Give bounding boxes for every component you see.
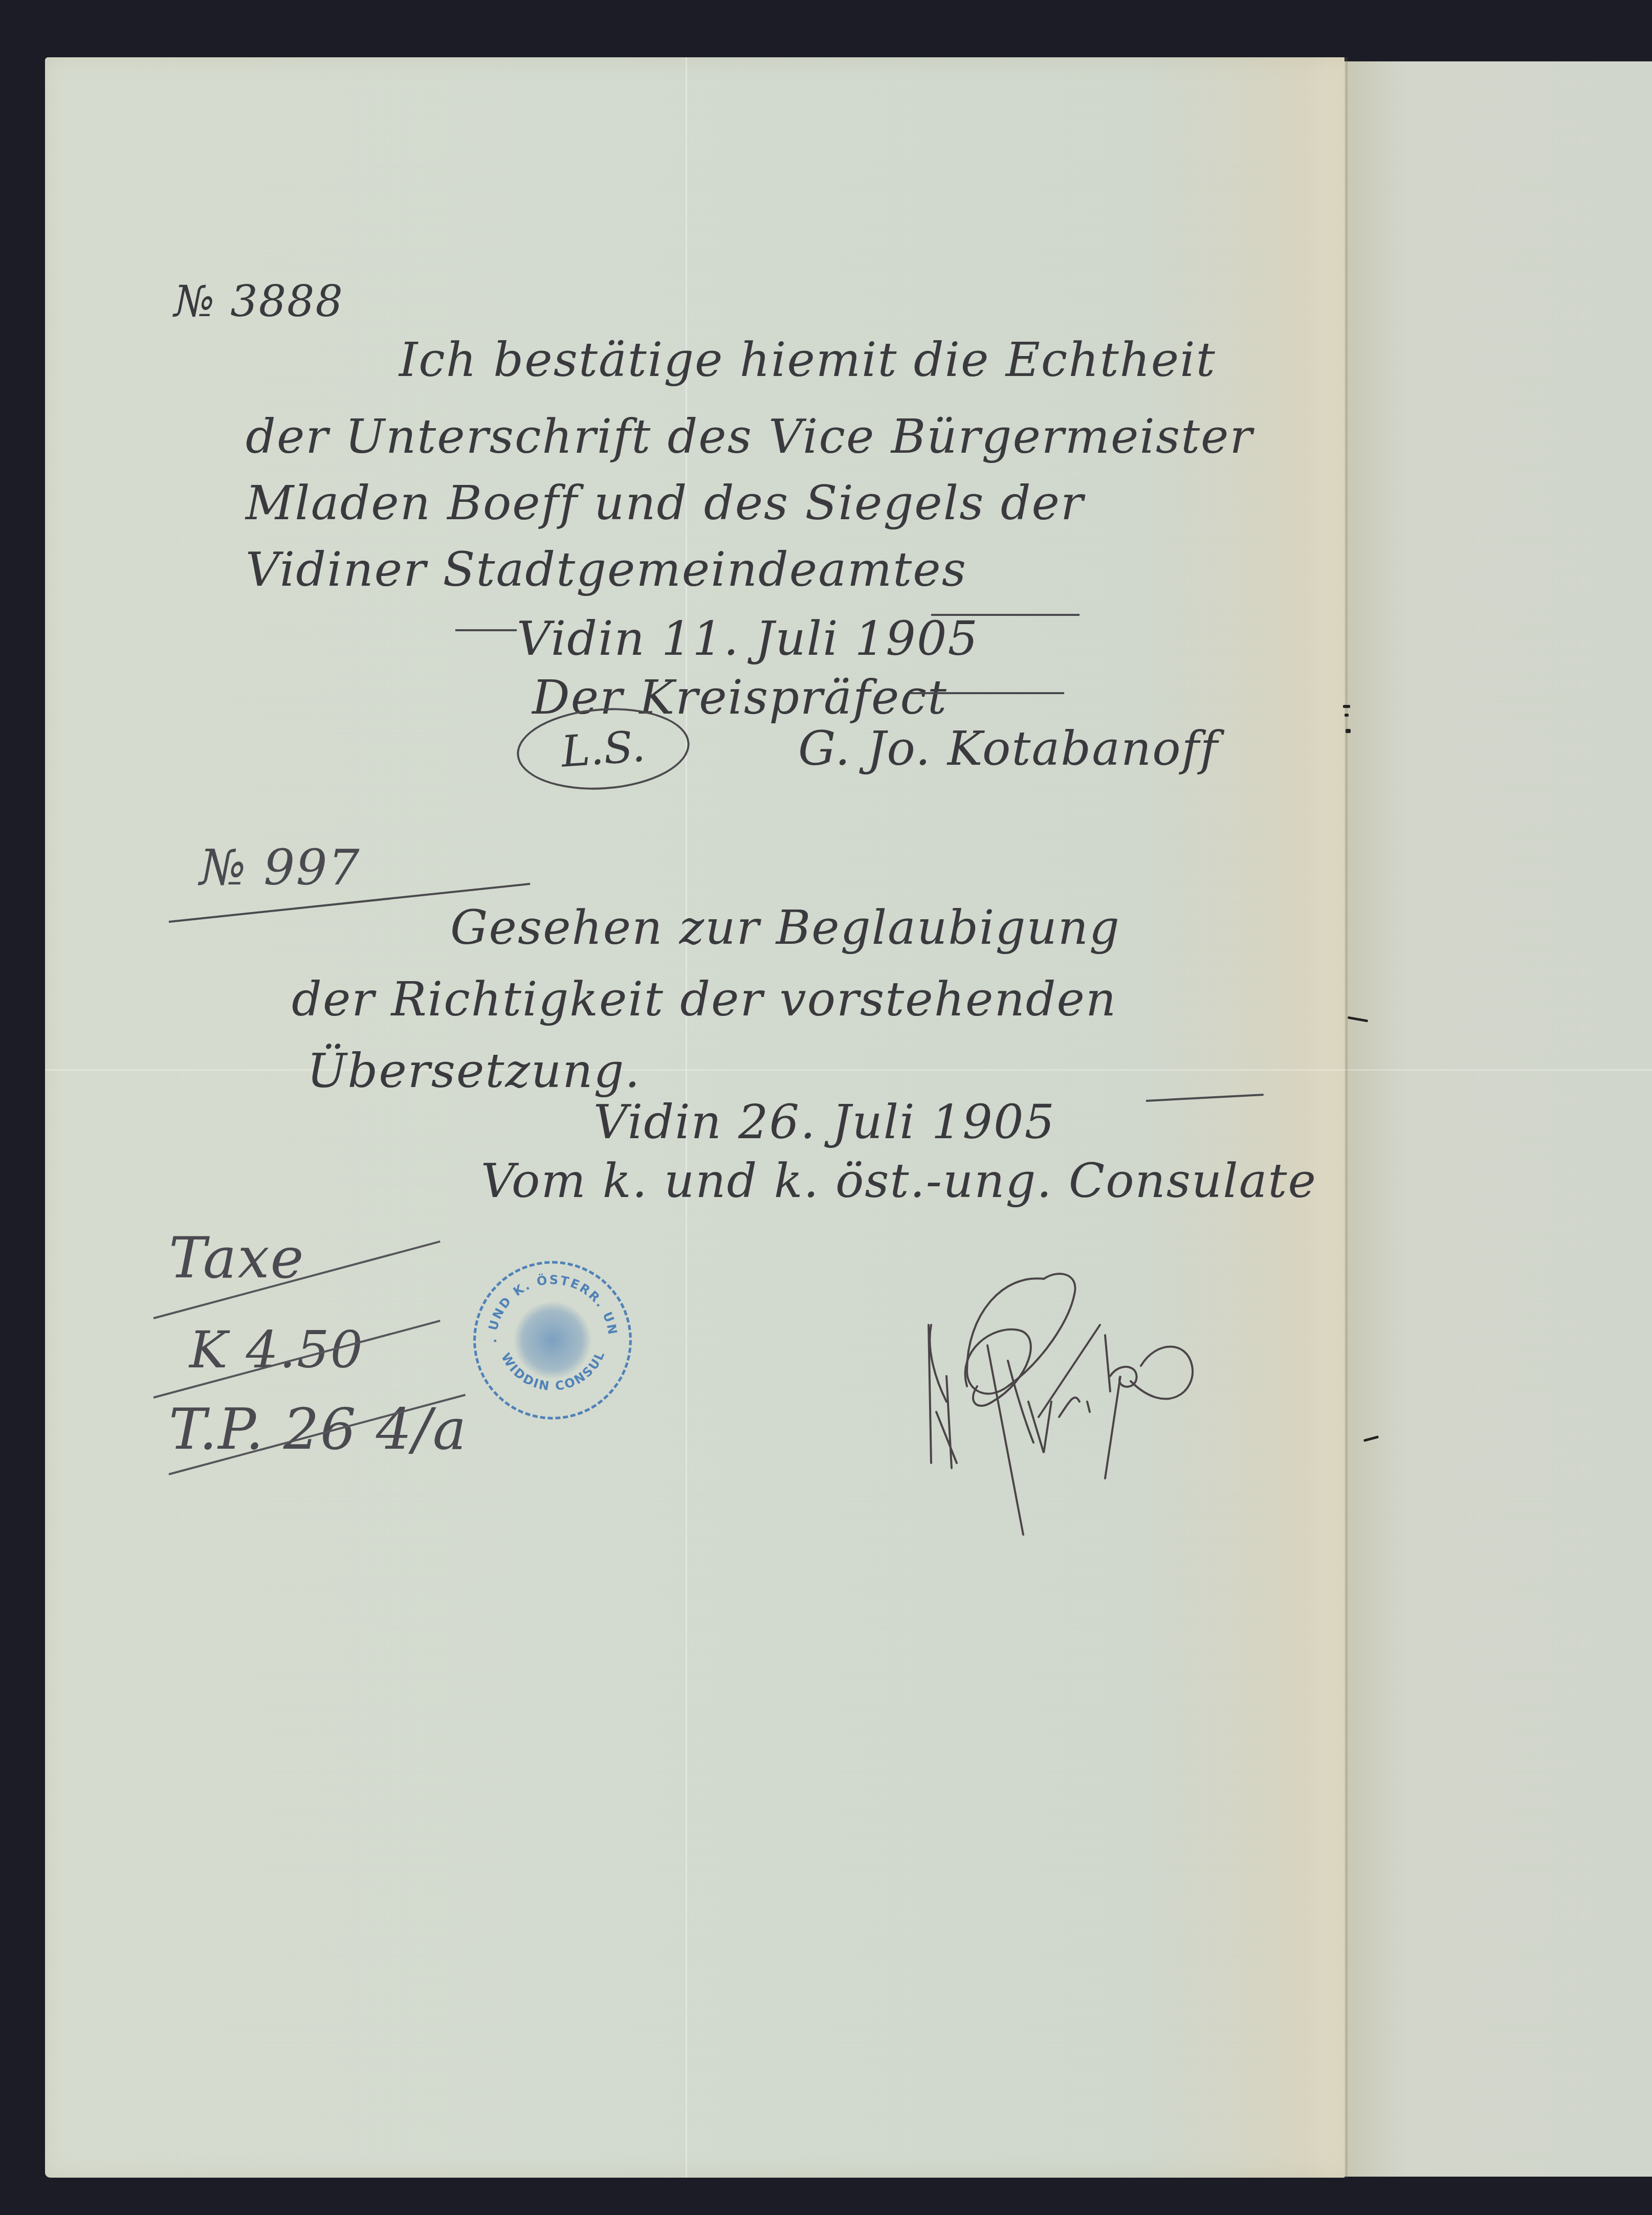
certification-line-3: Mladen Boeff und des Siegels der — [246, 476, 1084, 530]
prefect-signature: G. Jo. Kotabanoff — [798, 721, 1219, 776]
svg-text:K. UND K. ÖSTERR. UNG.: K. UND K. ÖSTERR. UNG. — [476, 1264, 620, 1343]
consul-signature-icon — [900, 1248, 1207, 1581]
document-facing-page — [1345, 61, 1652, 2177]
gutter-ink-mark — [1345, 714, 1349, 717]
reference-number-997: № 997 — [200, 839, 361, 896]
attestation-line-1: Gesehen zur Beglaubigung — [450, 900, 1120, 955]
reference-number-3888: № 3888 — [174, 276, 344, 326]
place-date-2: Vidin 26. Juli 1905 — [593, 1095, 1055, 1149]
fee-label: Taxe — [169, 1225, 305, 1291]
consulate-stamp: K. UND K. ÖSTERR. UNG. IN WIDDIN CONSULA… — [473, 1261, 632, 1420]
stamp-ring-text-icon: K. UND K. ÖSTERR. UNG. IN WIDDIN CONSULA… — [476, 1264, 629, 1417]
gutter-ink-mark — [1343, 705, 1350, 708]
certification-line-2: der Unterschrift des Vice Bürgermeister — [246, 409, 1253, 464]
seal-mark-text: L.S. — [560, 721, 647, 777]
attestation-line-2: der Richtigkeit der vorstehenden — [292, 972, 1117, 1027]
consulate-issuer: Vom k. und k. öst.-ung. Consulate — [481, 1154, 1317, 1208]
date-flourish — [931, 614, 1080, 616]
page-gutter — [1346, 57, 1348, 2178]
certification-line-4: Vidiner Stadtgemeindeamtes — [246, 542, 967, 597]
horizontal-fold-crease — [45, 1069, 1652, 1071]
certification-line-1: Ich bestätige hiemit die Echtheit — [399, 333, 1216, 387]
gutter-ink-mark — [1346, 729, 1351, 733]
attestation-line-3: Übersetzung. — [307, 1044, 641, 1098]
place-date-1: Vidin 11. Juli 1905 — [517, 611, 979, 666]
fee-amount: K 4.50 — [189, 1320, 364, 1380]
date-flourish — [455, 629, 517, 631]
title-underline — [911, 692, 1064, 694]
